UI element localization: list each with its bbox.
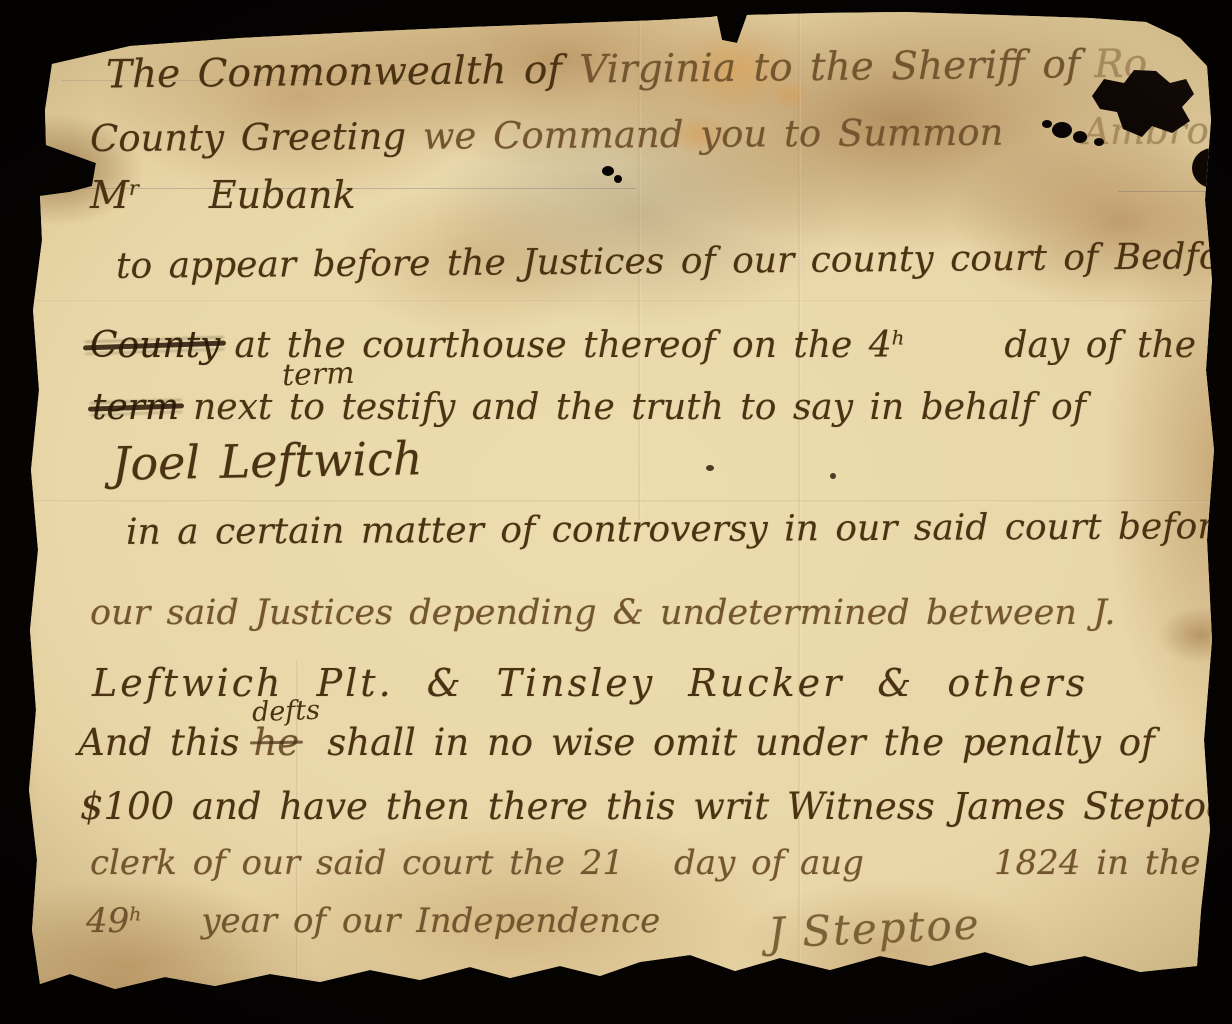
fold-crease-horizontal-1 [0,300,1232,303]
crossed-out-word: term [92,390,179,426]
handwritten-text: 49 [86,901,129,941]
text-line-10: Leftwich Plt. & Tinsley Rucker & others [92,664,1088,702]
handwritten-text: Virginia to the Sheriff of [579,42,1081,92]
handwritten-text: M [90,173,129,217]
handwritten-text: to appear before the Justices of our cou… [116,236,1232,287]
handwritten-text: clerk of our said court the 21 [90,843,624,883]
text-line-3: MrEubank [90,176,356,214]
handwritten-text: $100 and have then there this writ Witne… [80,785,1228,828]
handwritten-text: we Command you to Summon [423,111,1004,158]
handwritten-text: Joel Leftwich [112,431,423,490]
handwritten-text: day of the [1004,325,1196,366]
handwritten-text: The Commonwealth of [106,47,580,97]
handwritten-text: our said Justices depending & undetermin… [90,593,1116,633]
fold-crease-horizontal-2 [0,500,1232,503]
ink-speck [830,473,836,479]
handwritten-text: And this [78,721,240,764]
handwritten-text: shall in no wise omit under the penalty … [327,721,1154,764]
crossed-out-word: he [254,724,300,761]
handwritten-text: in a certain matter of controversy in ou… [126,506,1232,553]
ink-speck [706,465,714,471]
faint-rule-right [1118,191,1208,192]
signature-underline [752,964,994,983]
text-line-4: to appear before the Justices of our cou… [116,239,1232,285]
text-line-7-joel-leftwich: Joel Leftwich [112,435,423,486]
text-line-1: The Commonwealth of Virginia to the Sher… [106,45,1147,95]
text-line-9: our said Justices depending & undetermin… [90,596,1116,631]
handwritten-text: County Greeting [90,115,423,160]
superscript-text: r [129,176,139,200]
superscript-text: h [129,904,141,925]
paper-sheet: The Commonwealth of Virginia to the Sher… [0,0,1232,1024]
ink-dot [602,166,614,176]
text-line-2: County Greeting we Command you to Summon… [90,112,1232,157]
handwritten-text: Leftwich Plt. & Tinsley Rucker & others [92,661,1088,705]
handwritten-text: Eubank [209,173,356,217]
text-line-5: Countyat the courthouse thereof on the 4… [90,328,1196,364]
signature-steptoe: J Steptoe [767,903,981,954]
handwritten-text: year of our Independence [201,901,660,941]
text-line-11: And thisheshall in no wise omit under th… [78,724,1155,761]
text-line-8: in a certain matter of controversy in ou… [126,509,1232,551]
text-line-13: clerk of our said court the 21day of aug… [90,846,1201,880]
scanned-manuscript: The Commonwealth of Virginia to the Sher… [0,0,1232,1024]
handwritten-text-faded: Ambrose [1083,109,1232,153]
handwritten-text: next to testify and the truth to say in … [193,387,1086,428]
text-line-12: $100 and have then there this writ Witne… [80,788,1228,825]
ink-dot [614,175,622,183]
handwritten-text-faded: Ro [1094,42,1147,88]
handwritten-text: 1824 in the [994,843,1201,883]
handwritten-text: day of aug [674,843,864,883]
text-line-14: 49hyear of our Independence [86,904,660,938]
edge-hole-blot [1192,148,1232,188]
crossed-out-word: County [90,328,220,364]
text-line-6: termnext to testify and the truth to say… [92,390,1086,426]
superscript-text: h [892,327,905,350]
